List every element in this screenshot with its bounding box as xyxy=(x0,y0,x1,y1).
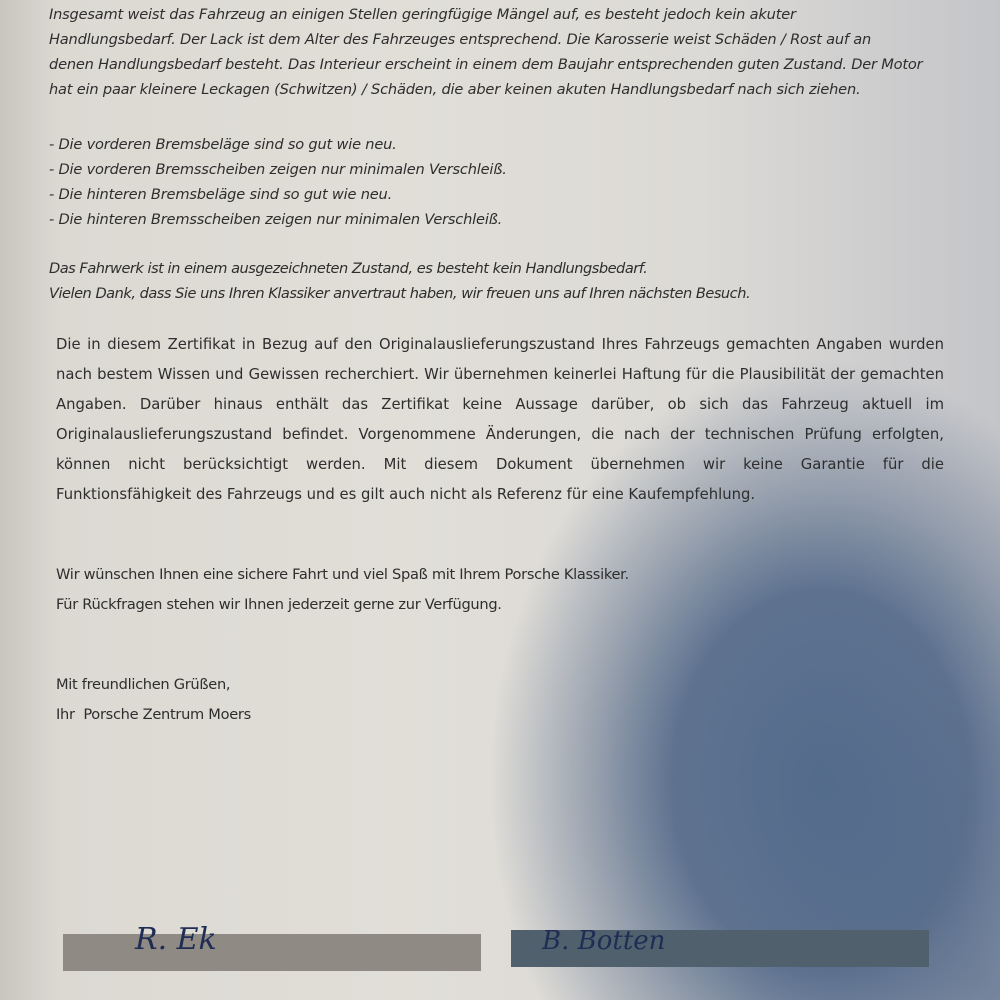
list-item: - Die vorderen Bremsscheiben zeigen nur … xyxy=(49,157,507,182)
brake-list: - Die vorderen Bremsbeläge sind so gut w… xyxy=(49,132,507,232)
disclaimer-line: Die in diesem Zertifikat in Bezug auf de… xyxy=(56,330,944,360)
disclaimer-paragraph: Die in diesem Zertifikat in Bezug auf de… xyxy=(56,330,944,510)
chassis-line: Das Fahrwerk ist in einem ausgezeichnete… xyxy=(49,256,750,281)
list-item: - Die hinteren Bremsscheiben zeigen nur … xyxy=(49,207,507,232)
disclaimer-line: nach bestem Wissen und Gewissen recherch… xyxy=(56,360,944,390)
sender: Ihr Porsche Zentrum Moers xyxy=(56,700,251,730)
disclaimer-line: Originalauslieferungszustand befindet. V… xyxy=(56,420,944,450)
summary-line: Handlungsbedarf. Der Lack ist dem Alter … xyxy=(49,27,922,52)
closing-paragraph: Wir wünschen Ihnen eine sichere Fahrt un… xyxy=(56,560,629,620)
summary-line: denen Handlungsbedarf besteht. Das Inter… xyxy=(49,52,922,77)
document-page: Insgesamt weist das Fahrzeug an einigen … xyxy=(0,0,1000,1000)
signature-field-left xyxy=(63,934,481,971)
chassis-paragraph: Das Fahrwerk ist in einem ausgezeichnete… xyxy=(49,256,750,306)
disclaimer-line: Angaben. Darüber hinaus enthält das Zert… xyxy=(56,390,944,420)
signature-left: R. Ek xyxy=(135,922,217,957)
disclaimer-line: Funktionsfähigkeit des Fahrzeugs und es … xyxy=(56,480,944,510)
disclaimer-line: können nicht berücksichtigt werden. Mit … xyxy=(56,450,944,480)
list-item: - Die vorderen Bremsbeläge sind so gut w… xyxy=(49,132,507,157)
closing-line: Wir wünschen Ihnen eine sichere Fahrt un… xyxy=(56,560,629,590)
summary-paragraph: Insgesamt weist das Fahrzeug an einigen … xyxy=(49,2,922,102)
signoff: Mit freundlichen Grüßen, Ihr Porsche Zen… xyxy=(56,670,251,730)
greeting: Mit freundlichen Grüßen, xyxy=(56,670,251,700)
closing-line: Für Rückfragen stehen wir Ihnen jederzei… xyxy=(56,590,629,620)
chassis-line: Vielen Dank, dass Sie uns Ihren Klassike… xyxy=(49,281,750,306)
list-item: - Die hinteren Bremsbeläge sind so gut w… xyxy=(49,182,507,207)
summary-line: Insgesamt weist das Fahrzeug an einigen … xyxy=(49,2,922,27)
summary-line: hat ein paar kleinere Leckagen (Schwitze… xyxy=(49,77,922,102)
signature-right: B. Botten xyxy=(542,926,665,956)
